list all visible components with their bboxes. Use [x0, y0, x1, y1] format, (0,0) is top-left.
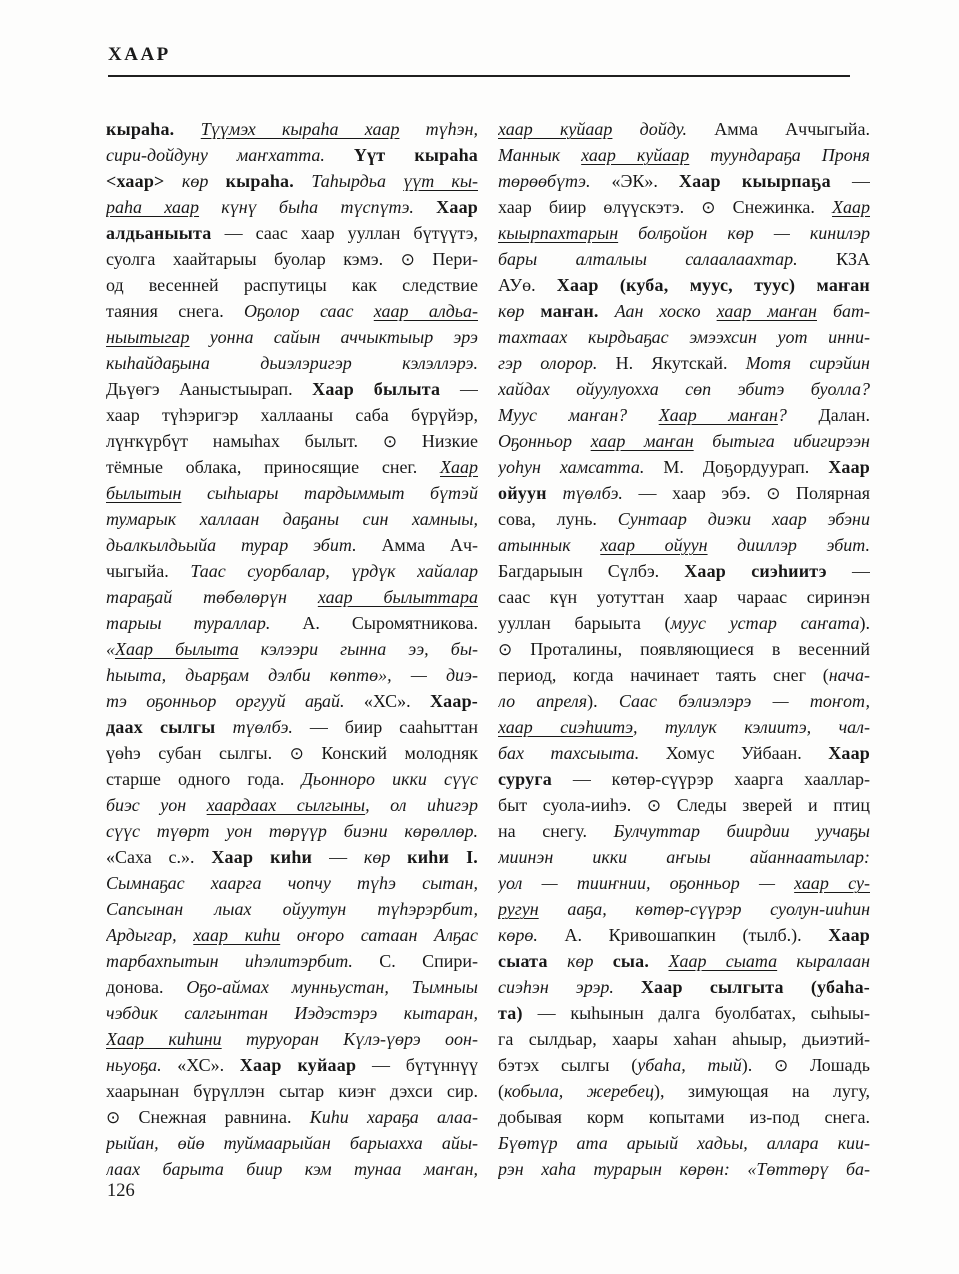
text-line: кыраһа. Түүмэх кыраһа хаар түһэн,: [106, 116, 478, 142]
text-segment: сыата: [498, 951, 567, 971]
text-segment: Хаар киһи: [211, 847, 329, 867]
text-line: гэр олорор. Н. Якутскай. Мотя сирэйин: [498, 350, 870, 376]
text-line: кыһайдаҕына дьиэлэригэр кэлэллэрэ.: [106, 350, 478, 376]
text-line: од весенней распутицы как следствие: [106, 272, 478, 298]
text-segment: Аан хоско: [615, 301, 717, 321]
text-segment: Мотя сирэйин: [746, 353, 870, 373]
text-segment: Хаар: [828, 743, 870, 763]
text-line: тарыы тураллар. А. Сыромятникова.: [106, 610, 478, 636]
text-segment: Маннык: [498, 145, 581, 165]
text-segment: Хаар: [436, 197, 478, 217]
text-segment: Проталины, появляющиеся в весенний: [512, 639, 870, 659]
text-segment: ?: [778, 405, 819, 425]
text-segment: —: [329, 847, 364, 867]
text-line: раһа хаар күнү быһа түспүтэ. Хаар: [106, 194, 478, 220]
text-line: хаар сиэһиитэ, туллук кэлиитэ, чал-: [498, 714, 870, 740]
text-segment: көр: [567, 951, 613, 971]
text-line: Ардыгар, хаар киһи оҥоро сатаан Алҕас: [106, 922, 478, 948]
translation-marker-icon: ⊙: [498, 640, 512, 660]
text-segment: сиэһэн эрэр.: [498, 977, 641, 997]
text-segment: ).: [587, 691, 619, 711]
text-segment: Оҕолор саас: [244, 301, 374, 321]
text-line: былытын сыһыары тардыммыт бүтэй: [106, 480, 478, 506]
text-segment: көр: [182, 171, 226, 191]
text-line: Багдарыын Сүлбэ. Хаар сиэһиитэ —: [498, 558, 870, 584]
text-segment: бах тахсыыта.: [498, 743, 666, 763]
text-segment: уонна сайын аччыктыыр эрэ: [190, 327, 478, 347]
text-segment: үүт кы-: [403, 171, 478, 191]
text-segment: «Саха с.».: [106, 847, 211, 867]
text-line: донова. Оҕо-аймах мунньустан, Тымныы: [106, 974, 478, 1000]
column-right: хаар куйаар дойду. Амма Аччыгыйа.Маннык …: [498, 116, 870, 1182]
text-segment: Снежинка.: [715, 197, 832, 217]
text-segment: хаар куйаар: [581, 145, 689, 165]
text-segment: ругун: [498, 899, 539, 919]
text-segment: —: [852, 171, 870, 191]
text-segment: Хаар былыта: [115, 639, 239, 659]
text-line: тэ оҕонньор оргууй аҕай. «ХС». Хаар-: [106, 688, 478, 714]
text-segment: — бүтүннүү: [372, 1055, 478, 1075]
header-rule: [108, 75, 850, 77]
text-segment: Следы зверей и птиц: [661, 795, 870, 815]
text-line: бары алталыы салаалаахтар. КЗА: [498, 246, 870, 272]
text-segment: оҥоро сатаан Алҕас: [280, 925, 478, 945]
text-line: ⊙ Проталины, появляющиеся в весенний: [498, 636, 870, 662]
text-line: ло апреля). Саас бэлиэлэрэ — тоҥот,: [498, 688, 870, 714]
text-segment: түөлбэ.: [233, 717, 310, 737]
text-line: Бүөтүр ата арыый хадьы, аллара кии-: [498, 1130, 870, 1156]
text-segment: Дьүөгэ Ааныстыырап.: [106, 379, 312, 399]
text-line: Дьүөгэ Ааныстыырап. Хаар былыта —: [106, 376, 478, 402]
text-line: Сымнаҕас хаарга чопчу түһэ сытан,: [106, 870, 478, 896]
text-line: суруга — көтөр-сүүрэр хаарга хааллар-: [498, 766, 870, 792]
text-segment: хаар былыттара: [318, 587, 478, 607]
text-segment: та): [498, 1003, 538, 1023]
text-segment: һыыта, дьарҕам дэлби көптө», — диэ-: [106, 665, 478, 685]
text-segment: кыралаан: [777, 951, 870, 971]
text-line: төрөөбүтэ. «ЭК». Хаар кыырпаҕа —: [498, 168, 870, 194]
text-line: лүҥкүрбүт намыһах былыт. ⊙ Низкие: [106, 428, 478, 454]
text-line: ньуоҕа. «ХС». Хаар куйаар — бүтүннүү: [106, 1052, 478, 1078]
dictionary-page: ХААР кыраһа. Түүмэх кыраһа хаар түһэн,си…: [0, 0, 959, 1274]
text-line: Сапсынан лыах ойуутун түһэрэрбит,: [106, 896, 478, 922]
text-line: чыгыйа. Таас суорбалар, үрдүк хайалар: [106, 558, 478, 584]
text-segment: «ХС».: [364, 691, 430, 711]
text-segment: дойду.: [612, 119, 714, 139]
translation-marker-icon: ⊙: [106, 1108, 120, 1128]
text-segment: — хаар эбэ.: [639, 483, 767, 503]
text-segment: түһэн,: [399, 119, 478, 139]
text-segment: киһи I.: [407, 847, 478, 867]
text-segment: Пери-: [415, 249, 478, 269]
text-segment: нача-: [829, 665, 870, 685]
text-segment: Хаар куйаар: [240, 1055, 372, 1075]
text-segment: — биир сааһыттан: [310, 717, 478, 737]
text-segment: — саас хаар ууллан бүтүүтэ,: [225, 223, 478, 243]
text-segment: бэтэх сылгы (: [498, 1055, 637, 1075]
text-segment: уоһун хамсатта.: [498, 457, 663, 477]
text-segment: үөһэ субан сылгы.: [106, 743, 290, 763]
text-line: период, когда начинает таять снег (нача-: [498, 662, 870, 688]
text-segment: Сапсынан лыах ойуутун түһэрэрбит,: [106, 899, 478, 919]
text-segment: Далан.: [818, 405, 870, 425]
text-segment: Полярная: [780, 483, 870, 503]
running-head: ХААР: [108, 44, 171, 66]
text-segment: миинэн икки аҥыы айаннаатылар:: [498, 847, 870, 867]
text-segment: ).: [742, 1055, 774, 1075]
text-line: хаар түһэригэр халлааны саба бүрүйэр,: [106, 402, 478, 428]
text-line: сова, лунь. Сунтаар диэки хаар эбэни: [498, 506, 870, 532]
text-segment: кыраһа.: [106, 119, 201, 139]
text-segment: раһа хаар: [106, 197, 199, 217]
text-segment: болҕойон көр — кинилэр: [618, 223, 870, 243]
text-segment: Хаар сыата: [669, 951, 778, 971]
text-line: сүүс түөрт уон төрүүр биэни көрөллөр.: [106, 818, 478, 844]
text-line: тумарык халлаан даҕаны син хамныы,: [106, 506, 478, 532]
text-segment: түөлбэ.: [563, 483, 639, 503]
text-line: сиэһэн эрэр. Хаар сылгыта (убаһа-: [498, 974, 870, 1000]
text-segment: Хомус Уйбаан.: [666, 743, 828, 763]
text-line: уоһун хамсатта. М. Доҕордуурап. Хаар: [498, 454, 870, 480]
text-segment: А. Кривошапкин (тылб.).: [565, 925, 829, 945]
text-line: Маннык хаар куйаар туундараҕа Проня: [498, 142, 870, 168]
text-segment: таяния снега.: [106, 301, 244, 321]
text-line: суолга хаайтарыы буолар кэмэ. ⊙ Пери-: [106, 246, 478, 272]
text-segment: Киһи хараҕа алаа-: [310, 1107, 478, 1127]
text-segment: Бүөтүр ата арыый хадьы, аллара кии-: [498, 1133, 870, 1153]
text-line: алдьаныыта — саас хаар ууллан бүтүүтэ,: [106, 220, 478, 246]
text-segment: на снегу.: [498, 821, 614, 841]
text-segment: көр: [498, 301, 540, 321]
text-segment: ойуун: [498, 483, 563, 503]
text-segment: Низкие: [397, 431, 478, 451]
text-line: тахтаах кырдьаҕас эмээхсин уот инни-: [498, 324, 870, 350]
text-segment: лаах барыта биир кэм тунаа маҥан,: [106, 1159, 478, 1179]
text-line: бэтэх сылгы (убаһа, тый). ⊙ Лошадь: [498, 1052, 870, 1078]
text-segment: Хаар маҥан: [659, 405, 778, 425]
text-line: сыата көр сыа. Хаар сыата кыралаан: [498, 948, 870, 974]
text-segment: Оҕо-аймах мунньустан, Тымныы: [186, 977, 478, 997]
text-line: көрө. А. Кривошапкин (тылб.). Хаар: [498, 922, 870, 948]
text-line: ууллан барыыта (муус устар саҥата).: [498, 610, 870, 636]
text-segment: хаар маҥан: [717, 301, 817, 321]
text-segment: көрө.: [498, 925, 565, 945]
text-segment: ууллан барыыта (: [498, 613, 671, 633]
text-line: (кобыла, жеребец), зимующая на лугу,: [498, 1078, 870, 1104]
text-segment: — көтөр-сүүрэр хаарга хааллар-: [573, 769, 870, 789]
text-segment: ньуоҕа.: [106, 1055, 177, 1075]
text-segment: С. Спири-: [379, 951, 478, 971]
text-segment: сүүс түөрт уон төрүүр биэни көрөллөр.: [106, 821, 478, 841]
text-line: ⊙ Снежная равнина. Киһи хараҕа алаа-: [106, 1104, 478, 1130]
text-segment: старше одного года.: [106, 769, 301, 789]
text-segment: , ол иһигэр: [365, 795, 478, 815]
text-segment: рэн хаһа турарын көрөн: «Төттөрү ба-: [498, 1159, 870, 1179]
text-line: га сылдьар, хаары хаһан аһыыр, дьиэтий-: [498, 1026, 870, 1052]
text-line: чэбдик салгынтан Иэдэстэрэ кытаран,: [106, 1000, 478, 1026]
text-segment: хаар ойуун: [600, 535, 707, 555]
text-line: быт суола-ииһэ. ⊙ Следы зверей и птиц: [498, 792, 870, 818]
text-segment: Хаар-: [430, 691, 478, 711]
text-line: сири-дойдуну маҥхатта. Үүт кыраһа: [106, 142, 478, 168]
text-segment: былытын: [106, 483, 181, 503]
text-line: уол — тииҥнии, оҕонньор — хаар су-: [498, 870, 870, 896]
text-segment: Хаар: [828, 457, 870, 477]
text-line: рэн хаһа турарын көрөн: «Төттөрү ба-: [498, 1156, 870, 1182]
text-segment: алдьаныыта: [106, 223, 225, 243]
text-segment: Амма Ач-: [381, 535, 478, 555]
text-segment: кыырпахтарын: [498, 223, 618, 243]
text-segment: дьалкылдьыйа турар эбит.: [106, 535, 381, 555]
text-segment: бат-: [817, 301, 870, 321]
text-segment: сыа.: [613, 951, 669, 971]
text-line: Оҕонньор хаар маҥан бытыга ибигирээн: [498, 428, 870, 454]
text-columns: кыраһа. Түүмэх кыраһа хаар түһэн,сири-до…: [106, 116, 870, 1182]
text-segment: сири-дойдуну маҥхатта.: [106, 145, 354, 165]
text-segment: Оҕонньор: [498, 431, 591, 451]
text-segment: М. Доҕордуурап.: [663, 457, 828, 477]
text-segment: период, когда начинает таять снег (: [498, 665, 829, 685]
text-segment: суолга хаайтарыы буолар кэмэ.: [106, 249, 401, 269]
text-segment: хаарынан бүрүллэн сытар киэҥ дэхси сир.: [106, 1081, 478, 1101]
text-line: старше одного года. Дьонноро икки сүүс: [106, 766, 478, 792]
text-segment: төрөөбүтэ.: [498, 171, 612, 191]
text-segment: Н. Якутскай.: [616, 353, 746, 373]
text-segment: тахтаах кырдьаҕас эмээхсин уот инни-: [498, 327, 870, 347]
text-line: лаах барыта биир кэм тунаа маҥан,: [106, 1156, 478, 1182]
translation-marker-icon: ⊙: [647, 796, 661, 816]
text-segment: чэбдик салгынтан Иэдэстэрэ кытаран,: [106, 1003, 478, 1023]
text-segment: быт суола-ииһэ.: [498, 795, 647, 815]
translation-marker-icon: ⊙: [701, 198, 715, 218]
text-segment: тарыы тураллар.: [106, 613, 302, 633]
text-line: биэс уон хаардаах сылгыны, ол иһигэр: [106, 792, 478, 818]
text-segment: хаар сиэһиитэ: [498, 717, 633, 737]
text-segment: тёмные облака, приносящие снег.: [106, 457, 440, 477]
translation-marker-icon: ⊙: [290, 744, 304, 764]
text-line: <хаар> көр кыраһа. Таһырдьа үүт кы-: [106, 168, 478, 194]
text-segment: биэс уон: [106, 795, 207, 815]
text-segment: кыһайдаҕына дьиэлэригэр кэлэллэрэ.: [106, 353, 478, 373]
text-line: саас күн уотуттан хаар чараас сиринэн: [498, 584, 870, 610]
text-segment: кыраһа.: [226, 171, 312, 191]
text-segment: ныытыгар: [106, 327, 190, 347]
text-segment: добывая корм копытами из-под снега.: [498, 1107, 870, 1127]
text-segment: Сунтаар диэки хаар эбэни: [618, 509, 870, 529]
text-segment: Хаар: [832, 197, 870, 217]
text-segment: ).: [860, 613, 870, 633]
text-segment: Хаар: [828, 925, 870, 945]
text-segment: Хаар (куба, муус, туус) маҥан: [557, 275, 870, 295]
translation-marker-icon: ⊙: [766, 484, 780, 504]
text-segment: , туллук кэлиитэ, чал-: [633, 717, 870, 737]
text-line: «Саха с.». Хаар киһи — көр киһи I.: [106, 844, 478, 870]
text-segment: маҥан.: [540, 301, 614, 321]
text-line: рыйан, өйө туймаарыйан барыахха айы-: [106, 1130, 478, 1156]
page-number: 126: [107, 1181, 135, 1202]
text-segment: тараҕай төбөлөрүн: [106, 587, 318, 607]
text-segment: сыһыары тардыммыт бүтэй: [181, 483, 478, 503]
text-segment: саас күн уотуттан хаар чараас сиринэн: [498, 587, 870, 607]
text-segment: лүҥкүрбүт намыһах былыт.: [106, 431, 383, 451]
text-segment: рыйан, өйө туймаарыйан барыахха айы-: [106, 1133, 478, 1153]
text-segment: —: [460, 379, 478, 399]
text-segment: ааҕа, көтөр-сүүрэр суолун-ииһин: [539, 899, 870, 919]
text-line: «Хаар былыта кэлээри гынна ээ, бы-: [106, 636, 478, 662]
text-segment: Багдарыын Сүлбэ.: [498, 561, 684, 581]
text-segment: Ардыгар,: [106, 925, 193, 945]
text-segment: бары алталыы салаалаахтар.: [498, 249, 836, 269]
text-segment: Хаар кыырпаҕа: [679, 171, 852, 191]
text-segment: Хаар: [440, 457, 478, 477]
text-segment: Амма Аччыгыйа.: [714, 119, 870, 139]
text-segment: А. Сыромятникова.: [302, 613, 478, 633]
text-segment: гэр олорор.: [498, 353, 616, 373]
text-line: хаар биир өлүүскэтэ. ⊙ Снежинка. Хаар: [498, 194, 870, 220]
text-segment: туундараҕа Проня: [689, 145, 870, 165]
text-segment: Түүмэх кыраһа хаар: [201, 119, 400, 139]
translation-marker-icon: ⊙: [401, 250, 415, 270]
text-segment: ло апреля: [498, 691, 587, 711]
text-segment: «: [106, 639, 115, 659]
column-left: кыраһа. Түүмэх кыраһа хаар түһэн,сири-до…: [106, 116, 478, 1182]
text-segment: көр: [364, 847, 407, 867]
text-line: бах тахсыыта. Хомус Уйбаан. Хаар: [498, 740, 870, 766]
text-segment: Сымнаҕас хаарга чопчу түһэ сытан,: [106, 873, 478, 893]
text-segment: хаар су-: [794, 873, 870, 893]
text-line: үөһэ субан сылгы. ⊙ Конский молодняк: [106, 740, 478, 766]
text-segment: —: [852, 561, 870, 581]
text-line: атыннык хаар ойуун дииллэр эбит.: [498, 532, 870, 558]
text-segment: хаар биир өлүүскэтэ.: [498, 197, 701, 217]
text-segment: тарбахпытын иһэлитэрбит.: [106, 951, 379, 971]
text-segment: — кыһынын далга буолбатах, сыһыы-: [538, 1003, 870, 1023]
text-segment: тумарык халлаан даҕаны син хамныы,: [106, 509, 478, 529]
text-segment: Хаар сиэһиитэ: [684, 561, 852, 581]
text-segment: хаар алдьа-: [374, 301, 478, 321]
text-segment: Саас бэлиэлэрэ — тоҥот,: [619, 691, 870, 711]
text-segment: Конский молодняк: [304, 743, 478, 763]
text-segment: уол — тииҥнии, оҕонньор —: [498, 873, 794, 893]
text-segment: туруоран Күлэ-үөрэ оон-: [222, 1029, 478, 1049]
text-line: һыыта, дьарҕам дэлби көптө», — диэ-: [106, 662, 478, 688]
text-segment: тэ оҕонньор оргууй аҕай.: [106, 691, 364, 711]
text-segment: Үүт кыраһа: [354, 145, 478, 165]
text-segment: Лошадь: [788, 1055, 870, 1075]
text-segment: <хаар>: [106, 171, 182, 191]
translation-marker-icon: ⊙: [774, 1056, 788, 1076]
text-segment: га сылдьар, хаары хаһан аһыыр, дьиэтий-: [498, 1029, 870, 1049]
text-segment: ), зимующая на лугу,: [654, 1081, 870, 1101]
text-segment: Таас суорбалар, үрдүк хайалар: [190, 561, 478, 581]
text-segment: суруга: [498, 769, 573, 789]
text-segment: бытыга ибигирээн: [694, 431, 870, 451]
text-segment: донова.: [106, 977, 186, 997]
text-segment: муус устар саҥата: [671, 613, 860, 633]
translation-marker-icon: ⊙: [383, 432, 397, 452]
text-segment: Хаар сылгыта (убаһа-: [641, 977, 870, 997]
text-line: АУө. Хаар (куба, муус, туус) маҥан: [498, 272, 870, 298]
text-segment: атыннык: [498, 535, 600, 555]
text-segment: АУө.: [498, 275, 557, 295]
text-segment: хаар куйаар: [498, 119, 612, 139]
text-line: хаар куйаар дойду. Амма Аччыгыйа.: [498, 116, 870, 142]
text-segment: хаардаах сылгыны: [207, 795, 365, 815]
text-line: тараҕай төбөлөрүн хаар былыттара: [106, 584, 478, 610]
text-segment: даах сылгы: [106, 717, 233, 737]
text-segment: чыгыйа.: [106, 561, 190, 581]
text-line: даах сылгы түөлбэ. — биир сааһыттан: [106, 714, 478, 740]
text-line: Хаар киһини туруоран Күлэ-үөрэ оон-: [106, 1026, 478, 1052]
text-line: кыырпахтарын болҕойон көр — кинилэр: [498, 220, 870, 246]
text-segment: КЗА: [836, 249, 870, 269]
text-line: Муус маҥан? Хаар маҥан? Далан.: [498, 402, 870, 428]
text-segment: «ЭК».: [612, 171, 679, 191]
text-segment: убаһа, тый: [637, 1055, 742, 1075]
text-segment: күнү быһа түспүтэ.: [199, 197, 436, 217]
text-segment: хаар киһи: [193, 925, 280, 945]
text-segment: хаар түһэригэр халлааны саба бүрүйэр,: [106, 405, 478, 425]
text-line: ныытыгар уонна сайын аччыктыыр эрэ: [106, 324, 478, 350]
text-segment: Муус маҥан?: [498, 405, 659, 425]
text-line: көр маҥан. Аан хоско хаар маҥан бат-: [498, 298, 870, 324]
text-segment: «ХС».: [177, 1055, 240, 1075]
text-line: миинэн икки аҥыы айаннаатылар:: [498, 844, 870, 870]
text-line: ойуун түөлбэ. — хаар эбэ. ⊙ Полярная: [498, 480, 870, 506]
text-line: хаарынан бүрүллэн сытар киэҥ дэхси сир.: [106, 1078, 478, 1104]
text-segment: дииллэр эбит.: [708, 535, 870, 555]
text-segment: кэлээри гынна ээ, бы-: [239, 639, 478, 659]
text-line: добывая корм копытами из-под снега.: [498, 1104, 870, 1130]
text-line: на снегу. Булчуттар биирдии уучаҕы: [498, 818, 870, 844]
text-line: тарбахпытын иһэлитэрбит. С. Спири-: [106, 948, 478, 974]
text-segment: Хаар былыта: [312, 379, 460, 399]
text-segment: од весенней распутицы как следствие: [106, 275, 478, 295]
text-line: хайдах ойуулуохха сөп эбитэ буолла?: [498, 376, 870, 402]
text-segment: хаар маҥан: [591, 431, 694, 451]
text-line: та) — кыһынын далга буолбатах, сыһыы-: [498, 1000, 870, 1026]
text-segment: Снежная равнина.: [120, 1107, 310, 1127]
text-segment: кобыла, жеребец: [504, 1081, 654, 1101]
text-line: таяния снега. Оҕолор саас хаар алдьа-: [106, 298, 478, 324]
text-line: тёмные облака, приносящие снег. Хаар: [106, 454, 478, 480]
text-segment: Таһырдьа: [311, 171, 403, 191]
text-segment: хайдах ойуулуохха сөп эбитэ буолла?: [498, 379, 870, 399]
text-segment: Булчуттар биирдии уучаҕы: [614, 821, 870, 841]
text-segment: Дьонноро икки сүүс: [301, 769, 478, 789]
text-line: дьалкылдьыйа турар эбит. Амма Ач-: [106, 532, 478, 558]
text-segment: Хаар киһини: [106, 1029, 222, 1049]
text-line: ругун ааҕа, көтөр-сүүрэр суолун-ииһин: [498, 896, 870, 922]
text-segment: сова, лунь.: [498, 509, 618, 529]
